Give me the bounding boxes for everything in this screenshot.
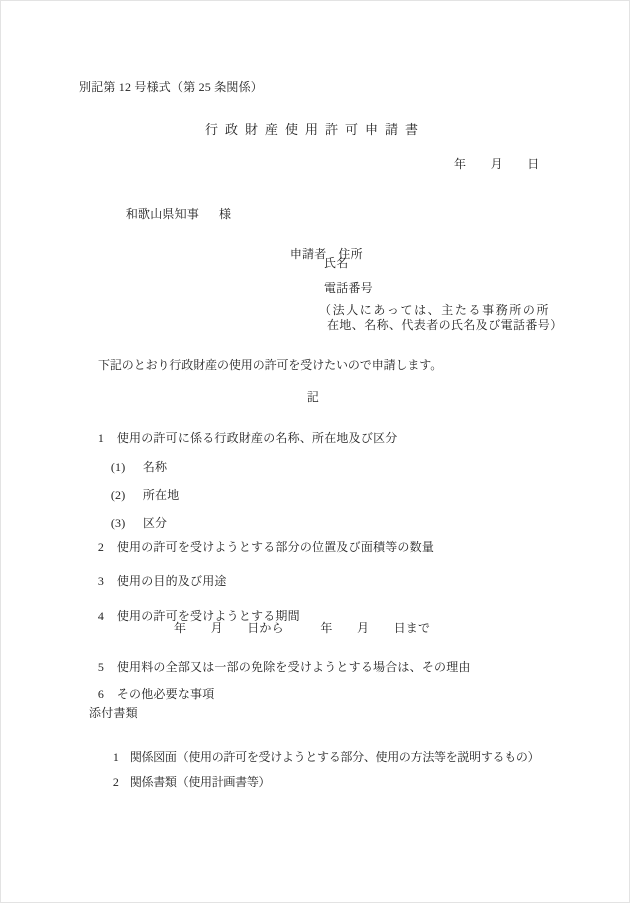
period-blank-fields: 年 月 日から 年 月 日まで [174,620,430,636]
item-3-text: 使用の目的及び用途 [117,574,227,588]
applicant-phone-label: 電話番号 [324,280,373,296]
applicant-label: 申請者 [290,247,327,261]
attachment-2-number: 2 [113,774,130,790]
attachment-2: 2関係書類（使用計画書等） [102,758,270,806]
item-2-number: 2 [98,539,117,555]
form-number: 別記第 12 号様式（第 25 条関係） [79,79,263,95]
attachments-heading: 添付書類 [89,705,138,721]
item-6-number: 6 [98,686,117,702]
item-4-number: 4 [98,608,117,624]
application-form-page: 別記第 12 号様式（第 25 条関係） 行政財産使用許可申請書 年 月 日 和… [0,0,630,903]
item-6-text: その他必要な事項 [117,687,215,701]
attachment-2-text: 関係書類（使用計画書等） [130,775,270,789]
addressee-name: 和歌山県知事 [126,207,199,221]
corporate-note-line-2: 在地、名称、代表者の氏名及び電話番号） [327,317,563,333]
item-3-number: 3 [98,573,117,589]
list-heading-ki: 記 [1,389,625,405]
corporate-note-line-1: （法人にあっては、主たる事務所の所 [319,302,550,318]
date-blank-field: 年 月 日 [454,156,539,172]
addressee-row: 和歌山県知事様 [113,190,231,238]
applicant-row: 申請者住所 [277,230,363,278]
item-2-text: 使用の許可を受けようとする部分の位置及び面積等の数量 [117,540,434,554]
document-title: 行政財産使用許可申請書 [1,122,629,138]
applicant-name-label: 氏名 [324,255,348,271]
addressee-honorific: 様 [219,206,231,222]
request-sentence: 下記のとおり行政財産の使用の許可を受けたいので申請します。 [98,357,442,373]
